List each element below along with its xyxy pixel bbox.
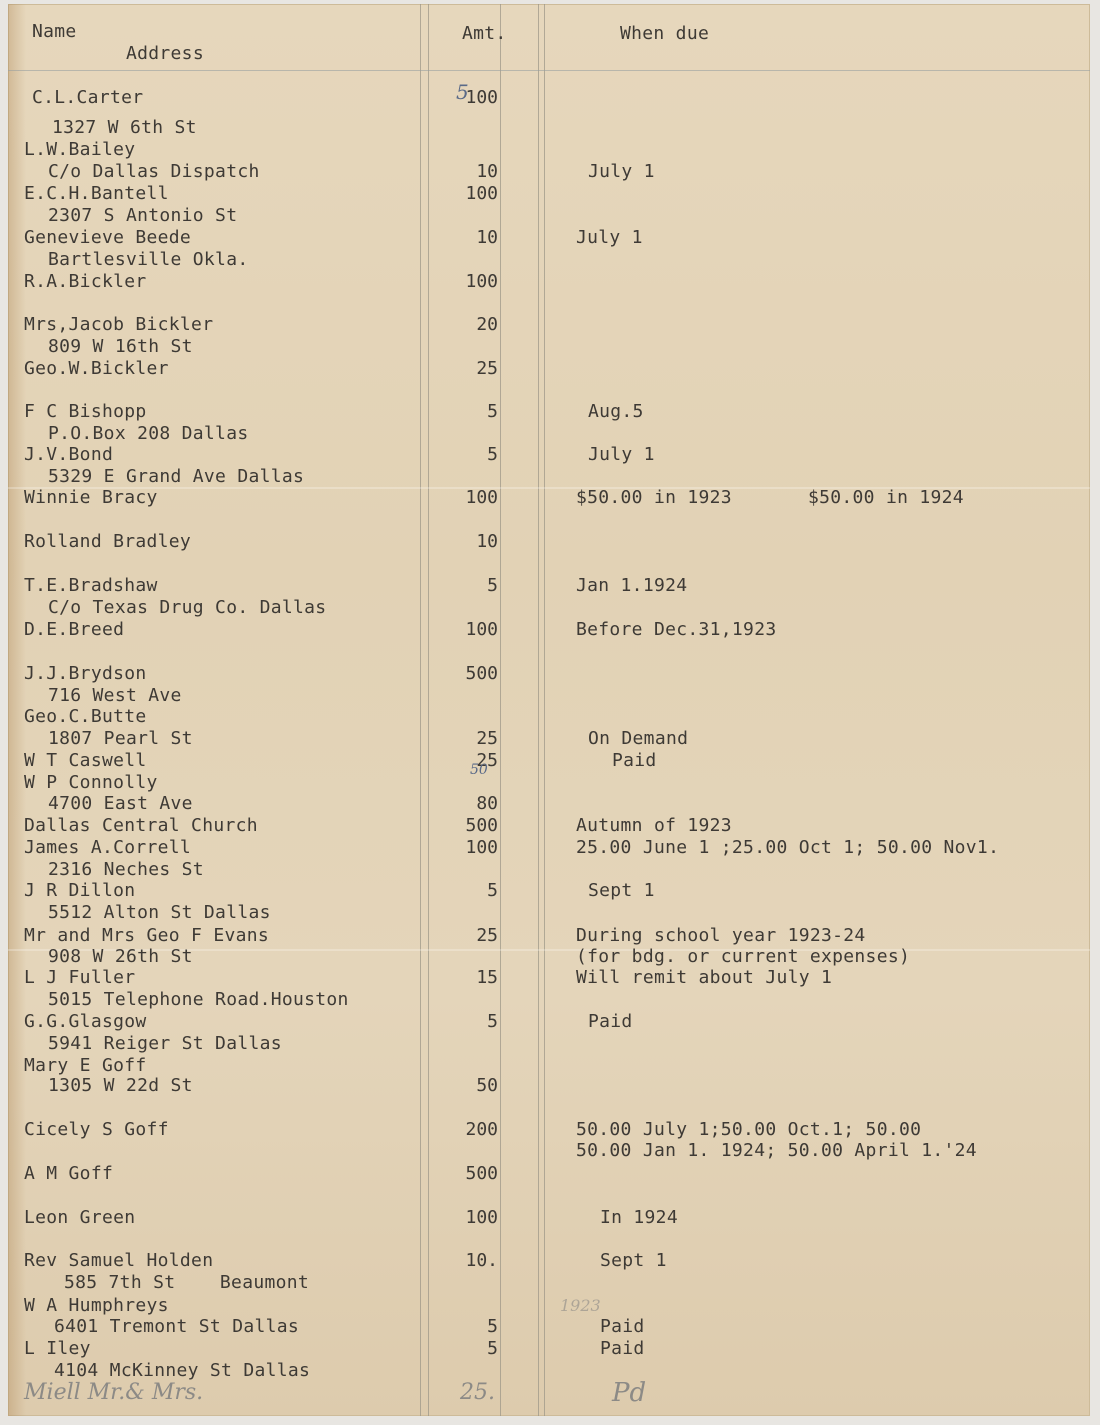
entry-address: 1305 W 22d St: [48, 1076, 193, 1096]
entry-amount: 5: [418, 1012, 498, 1032]
entry-address: 6401 Tremont St Dallas: [54, 1317, 299, 1337]
entry-address: 5512 Alton St Dallas: [48, 903, 271, 923]
entry-address: 1327 W 6th St: [52, 118, 197, 138]
entry-due: 50.00 July 1;50.00 Oct.1; 50.00: [576, 1120, 921, 1140]
entry-name: W P Connolly: [24, 773, 158, 793]
entry-amount: 5: [418, 445, 498, 465]
entry-amount: 100: [418, 1208, 498, 1228]
entry-name: James A.Correll: [24, 838, 191, 858]
entry-amount: 10: [418, 162, 498, 182]
entry-name: W A Humphreys: [24, 1296, 169, 1316]
entry-address: 4700 East Ave: [48, 794, 193, 814]
handwritten-due: Pd: [612, 1378, 646, 1408]
entry-due: $50.00 in 1923: [576, 488, 732, 508]
header-rule: [8, 70, 1090, 71]
entry-amount: 5: [418, 1339, 498, 1359]
entry-name: Mary E Goff: [24, 1056, 147, 1076]
entry-name: R.A.Bickler: [24, 272, 147, 292]
entry-name: Geo.W.Bickler: [24, 359, 169, 379]
column-rule: [538, 4, 539, 1416]
entry-due: Before Dec.31,1923: [576, 620, 776, 640]
column-rule: [420, 4, 421, 1416]
entry-amount: 15: [418, 968, 498, 988]
entry-due: Sept 1: [600, 1251, 667, 1271]
entry-name: Rev Samuel Holden: [24, 1251, 213, 1271]
entry-due: Sept 1: [588, 881, 655, 901]
entry-due: Jan 1.1924: [576, 576, 687, 596]
entry-amount: 80: [418, 794, 498, 814]
entry-due: July 1: [588, 162, 655, 182]
entry-address: 585 7th St Beaumont: [64, 1273, 309, 1293]
entry-name: G.G.Glasgow: [24, 1012, 147, 1032]
entry-due: Aug.5: [588, 402, 644, 422]
entry-address: C/o Dallas Dispatch: [48, 162, 260, 182]
entry-name: Genevieve Beede: [24, 228, 191, 248]
entry-name: W T Caswell: [24, 751, 147, 771]
entry-due: In 1924: [600, 1208, 678, 1228]
column-rule: [428, 4, 429, 1416]
entry-amount: 500: [418, 664, 498, 684]
entry-name: Rolland Bradley: [24, 532, 191, 552]
header-amount: Amt.: [462, 24, 507, 44]
entry-due: During school year 1923-24: [576, 926, 866, 946]
entry-amount: 100: [418, 272, 498, 292]
handwritten-name: Miell Mr.& Mrs.: [24, 1380, 203, 1405]
entry-name: Winnie Bracy: [24, 488, 158, 508]
entry-amount: 25: [418, 926, 498, 946]
entry-amount: 200: [418, 1120, 498, 1140]
entry-amount: 10: [418, 228, 498, 248]
entry-address: P.O.Box 208 Dallas: [48, 424, 248, 444]
entry-amount: 5: [418, 576, 498, 596]
entry-name: E.C.H.Bantell: [24, 184, 169, 204]
entry-amount: 10.: [418, 1251, 498, 1271]
entry-amount: 100: [418, 620, 498, 640]
entry-address: 809 W 16th St: [48, 337, 193, 357]
entry-due: July 1: [588, 445, 655, 465]
entry-address: 1807 Pearl St: [48, 729, 193, 749]
entry-name: L Iley: [24, 1339, 91, 1359]
entry-amount: 20: [418, 315, 498, 335]
entry-due-extra: 50.00 Jan 1. 1924; 50.00 April 1.'24: [576, 1141, 977, 1161]
entry-due: Paid: [600, 1339, 645, 1359]
entry-name: Dallas Central Church: [24, 816, 258, 836]
entry-due-extra: $50.00 in 1924: [808, 488, 964, 508]
entry-due: 25.00 June 1 ;25.00 Oct 1; 50.00 Nov1.: [576, 838, 999, 858]
entry-amount: 25: [418, 729, 498, 749]
entry-amount: 25: [418, 359, 498, 379]
entry-address: 2316 Neches St: [48, 860, 204, 880]
entry-name: Leon Green: [24, 1208, 135, 1228]
column-rule: [544, 4, 545, 1416]
entry-due: Paid: [612, 751, 657, 771]
entry-address: 4104 McKinney St Dallas: [54, 1361, 310, 1381]
entry-name: A M Goff: [24, 1164, 113, 1184]
entry-name: L.W.Bailey: [24, 140, 135, 160]
amount-correction: 5: [456, 80, 469, 104]
entry-amount: 500: [418, 816, 498, 836]
entry-due: Paid: [600, 1317, 645, 1337]
entry-due: Paid: [588, 1012, 633, 1032]
entry-address: C/o Texas Drug Co. Dallas: [48, 598, 326, 618]
amount-correction: 50: [470, 762, 488, 778]
header-when-due: When due: [620, 24, 709, 44]
entry-address: 5015 Telephone Road.Houston: [48, 990, 349, 1010]
entry-amount: 5: [418, 1317, 498, 1337]
entry-name: F C Bishopp: [24, 402, 147, 422]
entry-address: Bartlesville Okla.: [48, 250, 248, 270]
entry-address: 5329 E Grand Ave Dallas: [48, 467, 304, 487]
entry-name: J R Dillon: [24, 881, 135, 901]
entry-amount: 5: [418, 881, 498, 901]
entry-due: On Demand: [588, 729, 688, 749]
entry-amount: 100: [418, 184, 498, 204]
entry-name: Geo.C.Butte: [24, 707, 147, 727]
column-rule: [500, 4, 501, 1416]
entry-address: 716 West Ave: [48, 686, 182, 706]
entry-due-extra: (for bdg. or current expenses): [576, 947, 910, 967]
entry-name: T.E.Bradshaw: [24, 576, 158, 596]
header-address: Address: [126, 44, 204, 64]
entry-name: L J Fuller: [24, 968, 135, 988]
entry-name: C.L.Carter: [32, 88, 143, 108]
entry-due: July 1: [576, 228, 643, 248]
entry-name: Cicely S Goff: [24, 1120, 169, 1140]
entry-amount: 10: [418, 532, 498, 552]
entry-amount: 5: [418, 402, 498, 422]
handwritten-amount: 25.: [460, 1380, 495, 1405]
entry-name: Mr and Mrs Geo F Evans: [24, 926, 269, 946]
entry-address: 2307 S Antonio St: [48, 206, 237, 226]
entry-amount: 50: [418, 1076, 498, 1096]
entry-due: Autumn of 1923: [576, 816, 732, 836]
entry-address: 908 W 26th St: [48, 947, 193, 967]
entry-name: Mrs,Jacob Bickler: [24, 315, 213, 335]
entry-amount: 500: [418, 1164, 498, 1184]
entry-amount: 100: [418, 838, 498, 858]
entry-amount: 100: [418, 488, 498, 508]
pencil-note: 1923: [560, 1296, 601, 1315]
entry-address: 5941 Reiger St Dallas: [48, 1034, 282, 1054]
entry-name: J.J.Brydson: [24, 664, 147, 684]
entry-name: J.V.Bond: [24, 445, 113, 465]
header-name: Name: [32, 22, 77, 42]
entry-due: Will remit about July 1: [576, 968, 832, 988]
entry-name: D.E.Breed: [24, 620, 124, 640]
